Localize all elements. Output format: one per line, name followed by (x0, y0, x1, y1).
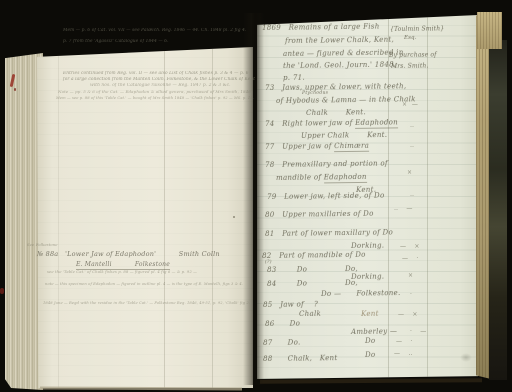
register-entry-line: 74 Right lower jaw of Edaphodon (265, 118, 398, 128)
pencil-side-note: See Folkestone (27, 242, 58, 247)
register-entry-line: the 'Lond. Geol. Journ.' 1848, (283, 61, 396, 70)
pencil-note: note — this specimen of Edaphodon — figu… (45, 281, 243, 286)
entry-mark: · — (410, 328, 428, 335)
pencil-note: p. 7 from the 'Agassiz' Catalogue of 184… (63, 39, 169, 44)
entry-mark: — ‥ (394, 350, 414, 357)
locality-note: Do (365, 337, 376, 345)
register-entry-line: 83 Do Do, (267, 265, 358, 274)
register-entry-line: 85 Jaw of ? (263, 300, 318, 309)
entry-mark: — × (400, 243, 421, 250)
acquisition-note: By purchase of (389, 51, 437, 59)
register-entry-line: Chalk Kent. (306, 108, 366, 117)
register-entry-line: № 88a 'Lower Jaw of Edaphodon' Smith Col… (37, 250, 220, 258)
register-entry-line: 1869 Remains of a large Fish (262, 23, 380, 32)
entry-mark: — × (398, 311, 419, 318)
entry-mark: — · (396, 338, 414, 345)
locality-note: Dorking. (351, 242, 384, 250)
register-entry-line: 87 Do. (263, 339, 301, 347)
register-entry-line: 82 Part of mandible of Do (262, 251, 366, 260)
pencil-note: for a large collection from the Mantell … (63, 77, 255, 82)
pencil-note: Mem — p. 6 of Cat. vol. VII — see Palæic… (63, 28, 246, 33)
pencil-note: 1848 June — Regd with the residue in the… (43, 300, 250, 305)
pencil-note: Mem — see p. 88 of this 'Table Cat.' — b… (56, 95, 254, 100)
locality-note: Kent (361, 310, 379, 318)
register-entry-line: p. 71. (283, 74, 305, 82)
pencil-note: with nos. of the Catalogue raisonné — Re… (90, 83, 231, 88)
entry-mark: ‥ (410, 122, 416, 129)
register-entry-line: 79 Lower jaw, left side, of Do (267, 192, 385, 201)
locality-note: Do — Folkestone. (321, 289, 401, 298)
entry-mark: · (410, 291, 413, 298)
entry-mark: ‥ (410, 142, 416, 149)
species-name: Chimæra (334, 142, 369, 152)
register-entry-line: 84 Do Do, (267, 279, 358, 288)
register-entry-line: 88 Chalk, Kent (263, 354, 338, 363)
entry-text: mandible of (276, 173, 324, 182)
locality-note: Amberley — (351, 327, 397, 336)
acquisition-note: Esq. (404, 35, 417, 41)
entry-annotation: (?) (265, 260, 272, 265)
register-entry-line: 81 Part of lower maxillary of Do (265, 228, 393, 238)
register-entry-line: antea — figured & described in (283, 49, 404, 58)
entry-mark: ‥ (410, 191, 416, 198)
locality-note: Do (365, 351, 376, 359)
register-book-photo: Mem — p. 6 of Cat. vol. VII — see Palæic… (0, 0, 512, 392)
entry-mark: ‥ — (394, 205, 414, 212)
entry-mark: × — (402, 101, 419, 108)
register-entry-line: 86 Do (265, 320, 300, 328)
entry-text: 74 Right lower jaw of (265, 119, 355, 128)
register-entry-line: 73 Jaws, upper & lower, with teeth, (265, 82, 406, 92)
register-entry-line: 78 Premaxillary and portion of (265, 159, 388, 168)
species-name: Edaphodon (324, 173, 367, 183)
entry-text: 77 Upper jaw of (265, 142, 334, 151)
handwriting-layer: Mem — p. 6 of Cat. vol. VII — see Palæic… (0, 0, 512, 392)
acquisition-note: Mrs. Smith. (391, 63, 429, 70)
register-entry-line: mandible of Edaphodon (276, 173, 367, 182)
species-name: Edaphodon (355, 118, 398, 128)
pencil-note: see the 'Table Cat.' of Chalk fishes p. … (47, 269, 197, 274)
register-entry-line: of Hybodus & Lamna — in the Chalk (276, 95, 416, 105)
register-entry-line: 77 Upper jaw of Chimæra (265, 142, 369, 151)
register-entry-line: Chalk (299, 310, 321, 318)
interlinear-insert: Ptychodus (302, 91, 328, 96)
pencil-note: Note — pp. 5 & 6 of the Cat. — Edaphodon… (58, 89, 251, 94)
register-entry-line: 80 Upper maxillaries of Do (265, 210, 374, 219)
acquisition-note: {Toulmin Smith} (390, 25, 444, 33)
register-entry-line: from the Lower Chalk, Kent, (285, 36, 394, 45)
pencil-note: Entries continued from Reg. vol. II — se… (63, 71, 249, 76)
entry-mark: × (408, 272, 415, 279)
entry-mark: × (407, 169, 414, 176)
register-entry-line: Upper Chalk Kent. (301, 131, 387, 140)
entry-mark: — · (402, 255, 420, 262)
